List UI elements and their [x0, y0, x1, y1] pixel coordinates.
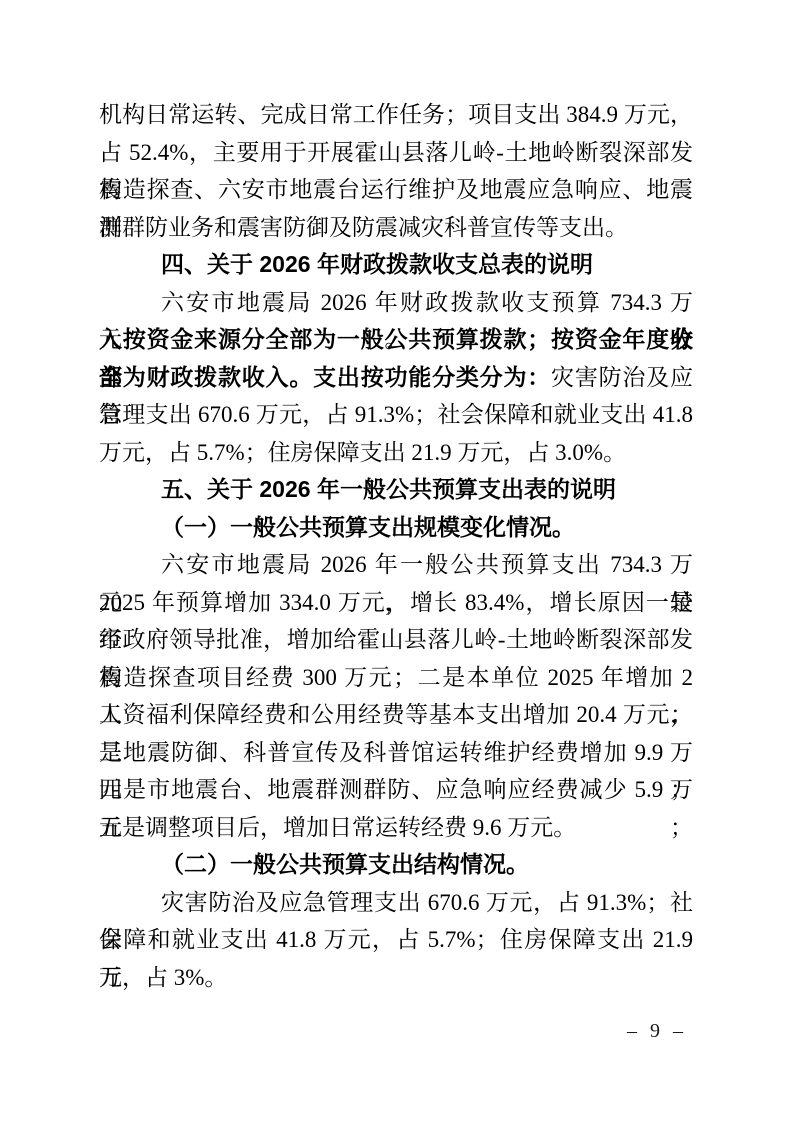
- document-content: 机构日常运转、完成日常工作任务；项目支出 384.9 万元，占 52.4%，主要…: [99, 96, 693, 996]
- paragraph-fiscal-appropriation-line: 六安市地震局 2026 年财政拨款收支预算 734.3 万元。收: [99, 284, 693, 322]
- text-segment: 万元，占 5.7%；住房保障支出 21.9 万元，占 3.0%。: [99, 440, 626, 465]
- paragraph-project-expense-continuation-line: 占 52.4%，主要用于开展霍山县落儿岭-土地岭断裂深部发震: [99, 134, 693, 172]
- page-number: – 9 –: [612, 1020, 702, 1043]
- text-segment: （二）一般公共预算支出结构情况。: [161, 852, 529, 877]
- section-heading-four-line: 四、关于 2026 年财政拨款收支总表的说明: [99, 246, 693, 284]
- paragraph-budget-structure-line: 元，占 3%。: [99, 959, 693, 997]
- paragraph-fiscal-appropriation-line: 管理支出 670.6 万元，占 91.3%；社会保障和就业支出 41.8: [99, 396, 693, 434]
- paragraph-fiscal-appropriation-line: 万元，占 5.7%；住房保障支出 21.9 万元，占 3.0%。: [99, 434, 693, 472]
- paragraph-budget-structure-line: 灾害防治及应急管理支出 670.6 万元，占 91.3%；社会: [99, 884, 693, 922]
- paragraph-fiscal-appropriation-line: 入按资金来源分全部为一般公共预算拨款；按资金年度分全: [99, 321, 693, 359]
- text-segment: 部为财政拨款收入。支出按功能分类分为：: [99, 365, 551, 390]
- paragraph-budget-scale-change-line: 2025 年预算增加 334.0 万元，增长 83.4%，增长原因一是经: [99, 584, 693, 622]
- subsection-heading-two-line: （二）一般公共预算支出结构情况。: [99, 846, 693, 884]
- paragraph-project-expense-continuation-line: 测群防业务和震害防御及防震减灾科普宣传等支出。: [99, 209, 693, 247]
- section-heading-five-line: 五、关于 2026 年一般公共预算支出表的说明: [99, 471, 693, 509]
- text-segment: 元，占 3%。: [99, 965, 227, 990]
- text-segment: 五是调整项目后，增加日常运转经费 9.6 万元。: [99, 815, 576, 840]
- paragraph-project-expense-continuation-line: 构造探查、六安市地震台运行维护及地震应急响应、地震群: [99, 171, 693, 209]
- subsection-heading-one-line: （一）一般公共预算支出规模变化情况。: [99, 509, 693, 547]
- paragraph-budget-scale-change-line: 六安市地震局 2026 年一般公共预算支出 734.3 万元，较: [99, 546, 693, 584]
- paragraph-budget-scale-change-line: 四是市地震台、地震群测群防、应急响应经费减少 5.9 万元；: [99, 771, 693, 809]
- text-segment: 测群防业务和震害防御及防震减灾科普宣传等支出。: [99, 215, 628, 240]
- text-segment: （一）一般公共预算支出规模变化情况。: [161, 515, 575, 540]
- text-segment: 五、关于 2026 年一般公共预算支出表的说明: [161, 476, 616, 502]
- text-segment: 机构日常运转、完成日常工作任务；项目支出 384.9 万元，: [99, 102, 693, 127]
- paragraph-budget-scale-change-line: 构造探查项目经费 300 万元；二是本单位 2025 年增加 2 人，: [99, 659, 693, 697]
- text-segment: 四、关于 2026 年财政拨款收支总表的说明: [161, 251, 593, 277]
- document-page: 机构日常运转、完成日常工作任务；项目支出 384.9 万元，占 52.4%，主要…: [0, 0, 793, 1122]
- paragraph-budget-scale-change-line: 是地震防御、科普宣传及科普馆运转维护经费增加 9.9 万元；: [99, 734, 693, 772]
- paragraph-budget-scale-change-line: 市政府领导批准，增加给霍山县落儿岭-土地岭断裂深部发震: [99, 621, 693, 659]
- paragraph-budget-structure-line: 保障和就业支出 41.8 万元，占 5.7%；住房保障支出 21.9 万: [99, 921, 693, 959]
- paragraph-project-expense-continuation-line: 机构日常运转、完成日常工作任务；项目支出 384.9 万元，: [99, 96, 693, 134]
- paragraph-fiscal-appropriation-line: 部为财政拨款收入。支出按功能分类分为：灾害防治及应急: [99, 359, 693, 397]
- text-segment: 管理支出 670.6 万元，占 91.3%；社会保障和就业支出 41.8: [99, 402, 693, 427]
- paragraph-budget-scale-change-line: 工资福利保障经费和公用经费等基本支出增加 20.4 万元；三: [99, 696, 693, 734]
